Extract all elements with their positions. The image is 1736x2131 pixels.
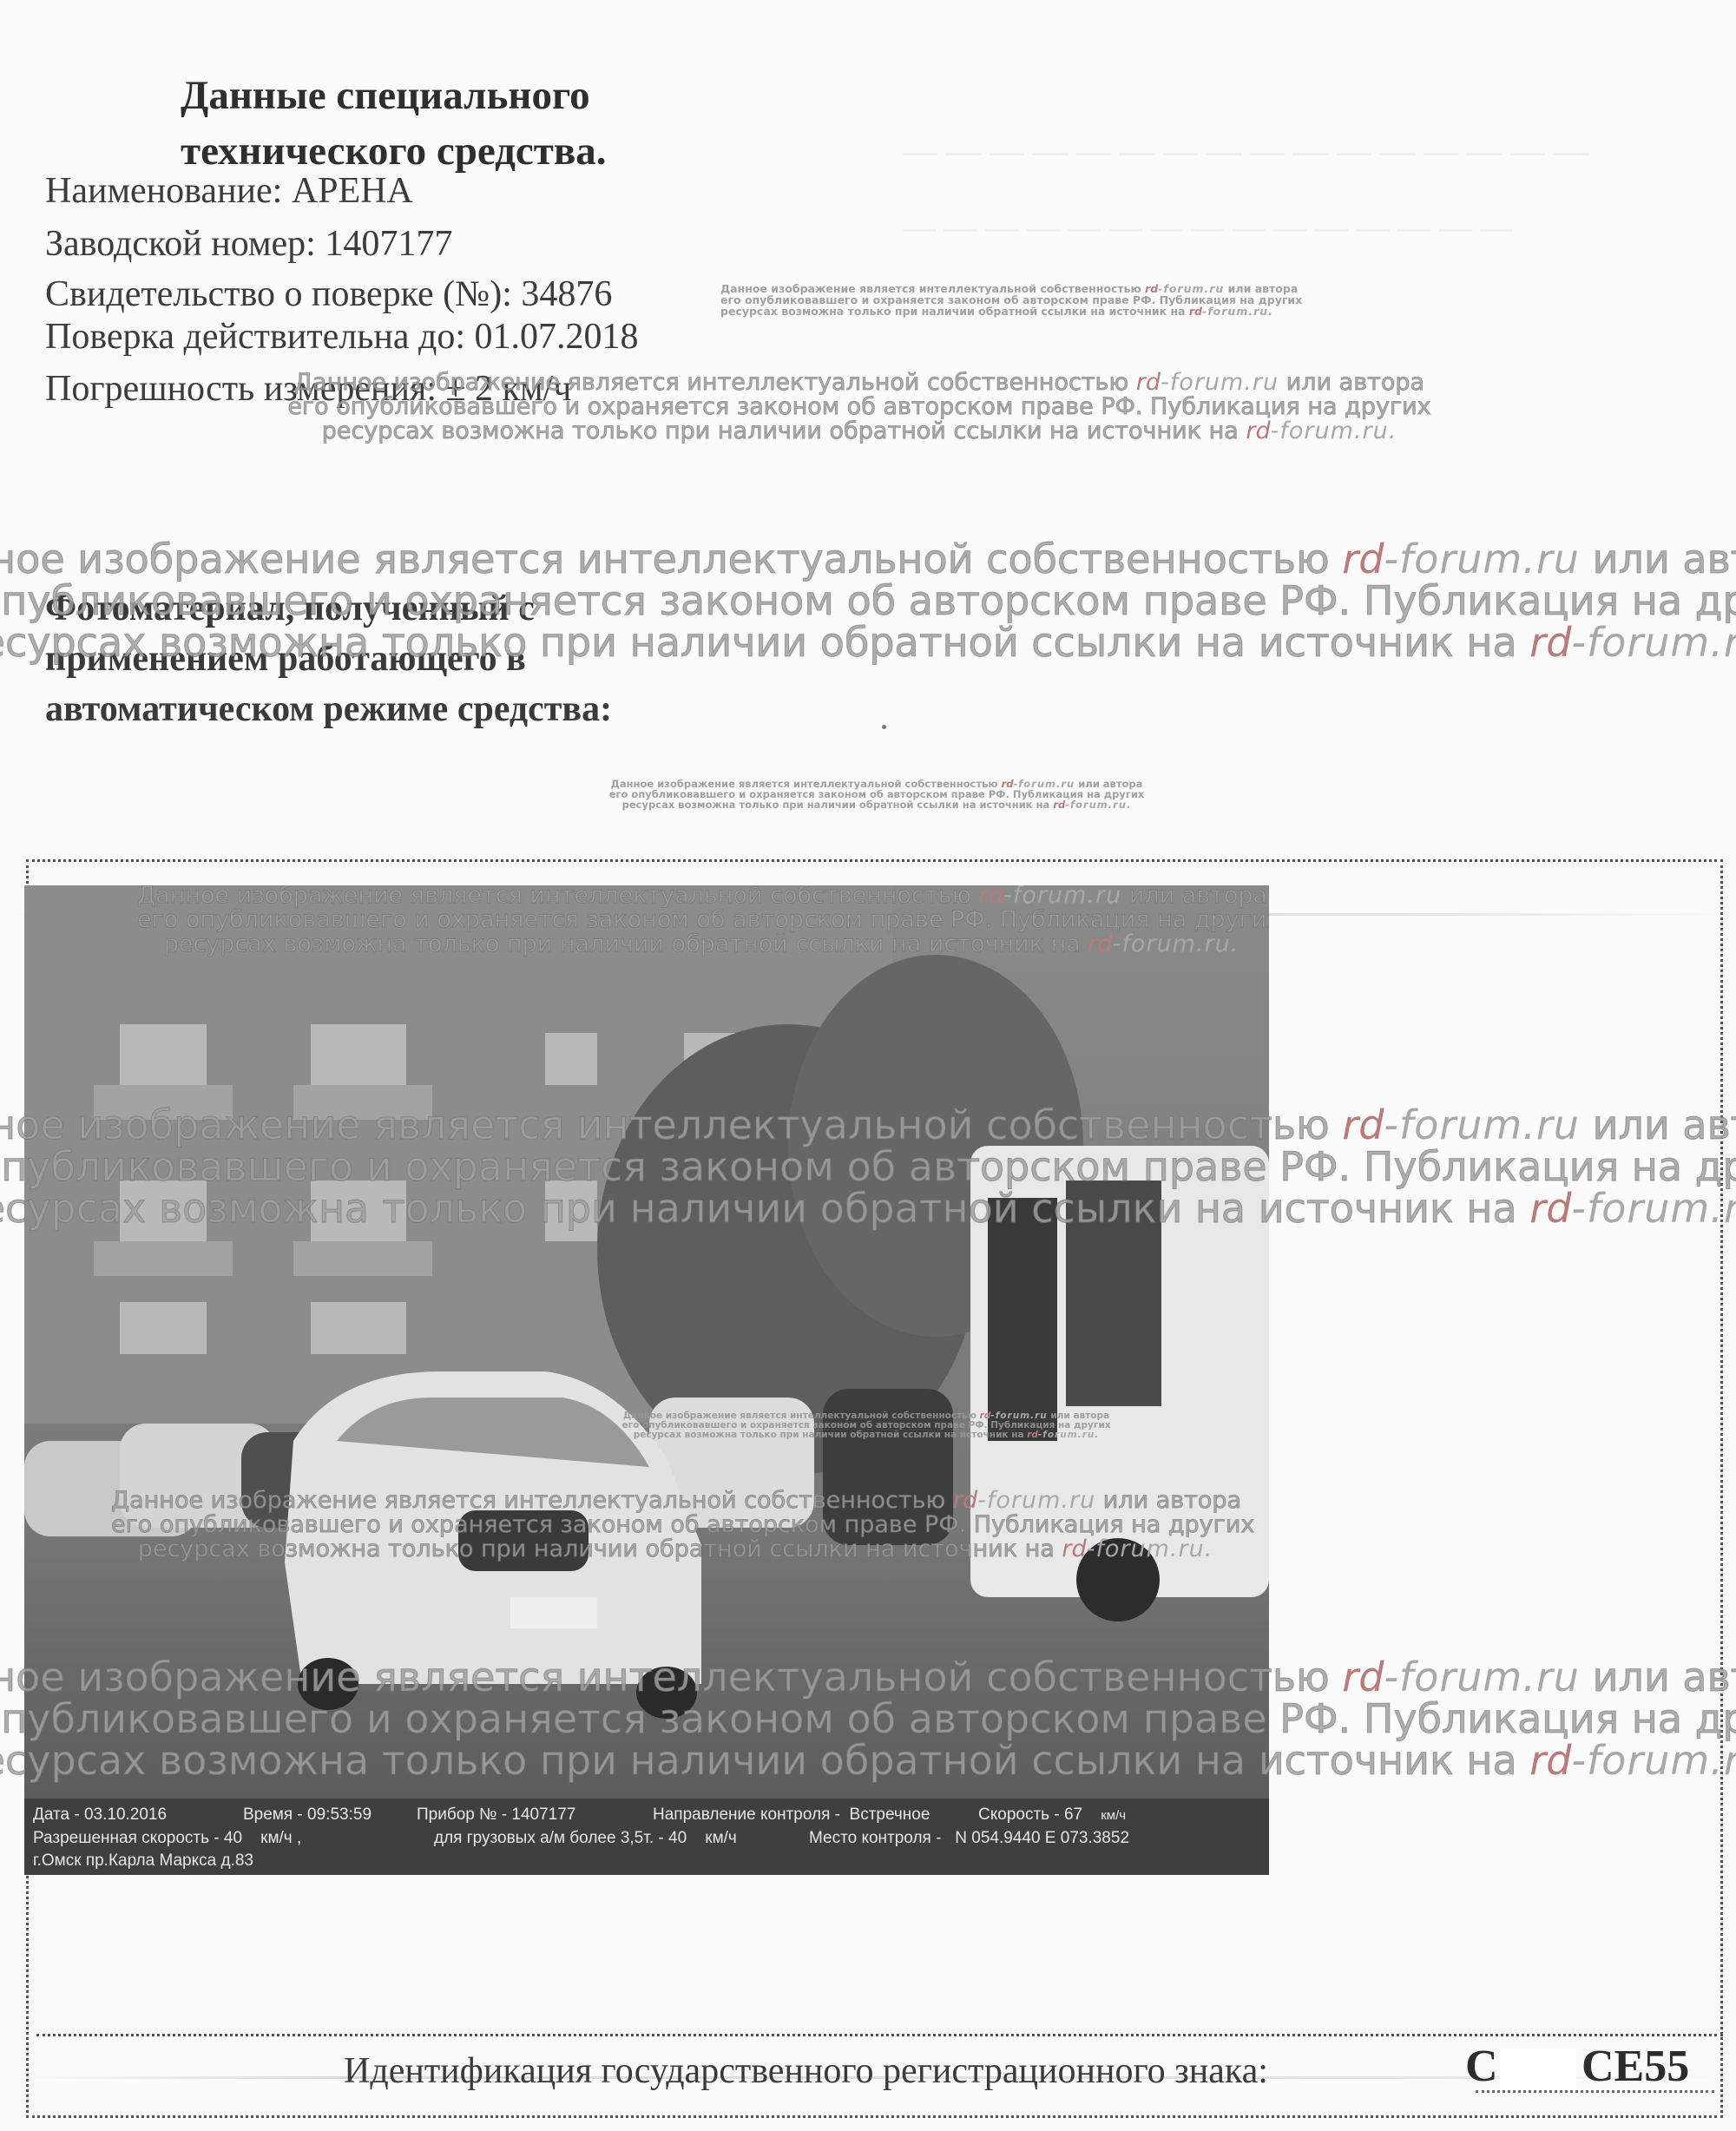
plate-number-start: С xyxy=(1465,2038,1498,2095)
overlay-direction: Встречное xyxy=(850,1804,930,1826)
bleed-through-text: — — — — — — — — — — — — — — — xyxy=(903,208,1513,247)
field-label: Поверка действительна до: xyxy=(45,317,465,357)
field-value: 34876 xyxy=(521,274,612,314)
field-certificate: Свидетельство о поверке (№): 34876 xyxy=(45,273,612,316)
watermark-small: Данное изображение является интеллектуал… xyxy=(573,779,1180,810)
overlay-speed: 67 xyxy=(1064,1804,1082,1826)
plate-number-end: СЕ55 xyxy=(1581,2038,1689,2095)
field-label: Свидетельство о поверке (№): xyxy=(45,274,512,314)
watermark-large: Данное изображение является интеллектуал… xyxy=(0,538,1736,663)
field-serial: Заводской номер: 1407177 xyxy=(45,222,452,266)
field-value: 01.07.2018 xyxy=(475,317,639,357)
field-value: АРЕНА xyxy=(292,171,413,211)
device-heading: Данные специального технического средств… xyxy=(181,68,606,179)
overlay-date: 03.10.2016 xyxy=(84,1804,167,1826)
overlay-row-1: Дата - 03.10.2016 Время - 09:53:59 Прибо… xyxy=(33,1804,1269,1827)
field-valid-until: Поверка действительна до: 01.07.2018 xyxy=(45,315,639,358)
watermark-large: Данное изображение является интеллектуал… xyxy=(0,1656,1736,1781)
overlay-device-number: 1407177 xyxy=(511,1804,575,1826)
bleed-through-text: — — — — — — — — — — — — — — — — xyxy=(903,130,1588,171)
watermark-small: Данное изображение является интеллектуал… xyxy=(720,283,1189,317)
watermark: Данное изображение является интеллектуал… xyxy=(148,371,1571,444)
plate-identification-label: Идентификация государственного регистрац… xyxy=(344,2045,1268,2097)
plate-redaction xyxy=(1500,2049,1576,2092)
watermark: Данное изображение является интеллектуал… xyxy=(111,1489,1240,1562)
overlay-row-3: г.Омск пр.Карла Маркса д.83 xyxy=(33,1850,1269,1872)
overlay-row-2: Разрешенная скорость - 40 км/ч , для гру… xyxy=(33,1827,1269,1850)
camera-data-overlay: Дата - 03.10.2016 Время - 09:53:59 Прибо… xyxy=(24,1799,1269,1875)
field-label: Наименование: xyxy=(45,171,282,211)
heading-line: Данные специального xyxy=(181,68,606,123)
field-name: Наименование: АРЕНА xyxy=(45,169,413,213)
frame-separator xyxy=(36,2034,1723,2036)
heading-line: автоматическом режиме средства: xyxy=(45,684,612,734)
watermark-small: Данное изображение является интеллектуал… xyxy=(562,1411,1170,1440)
field-label: Заводской номер: xyxy=(45,224,316,264)
overlay-coordinates: N 054.9440 E 073.3852 xyxy=(955,1827,1129,1850)
stray-dot xyxy=(882,725,886,729)
plate-underline xyxy=(1476,2090,1714,2093)
overlay-time: 09:53:59 xyxy=(307,1804,372,1826)
overlay-address: г.Омск пр.Карла Маркса д.83 xyxy=(33,1850,253,1872)
field-value: 1407177 xyxy=(325,224,452,264)
watermark: Данное изображение является интеллектуал… xyxy=(137,885,1266,957)
overlay-allowed-speed: 40 xyxy=(224,1827,242,1850)
watermark-large: Данное изображение является интеллектуал… xyxy=(0,1104,1736,1229)
